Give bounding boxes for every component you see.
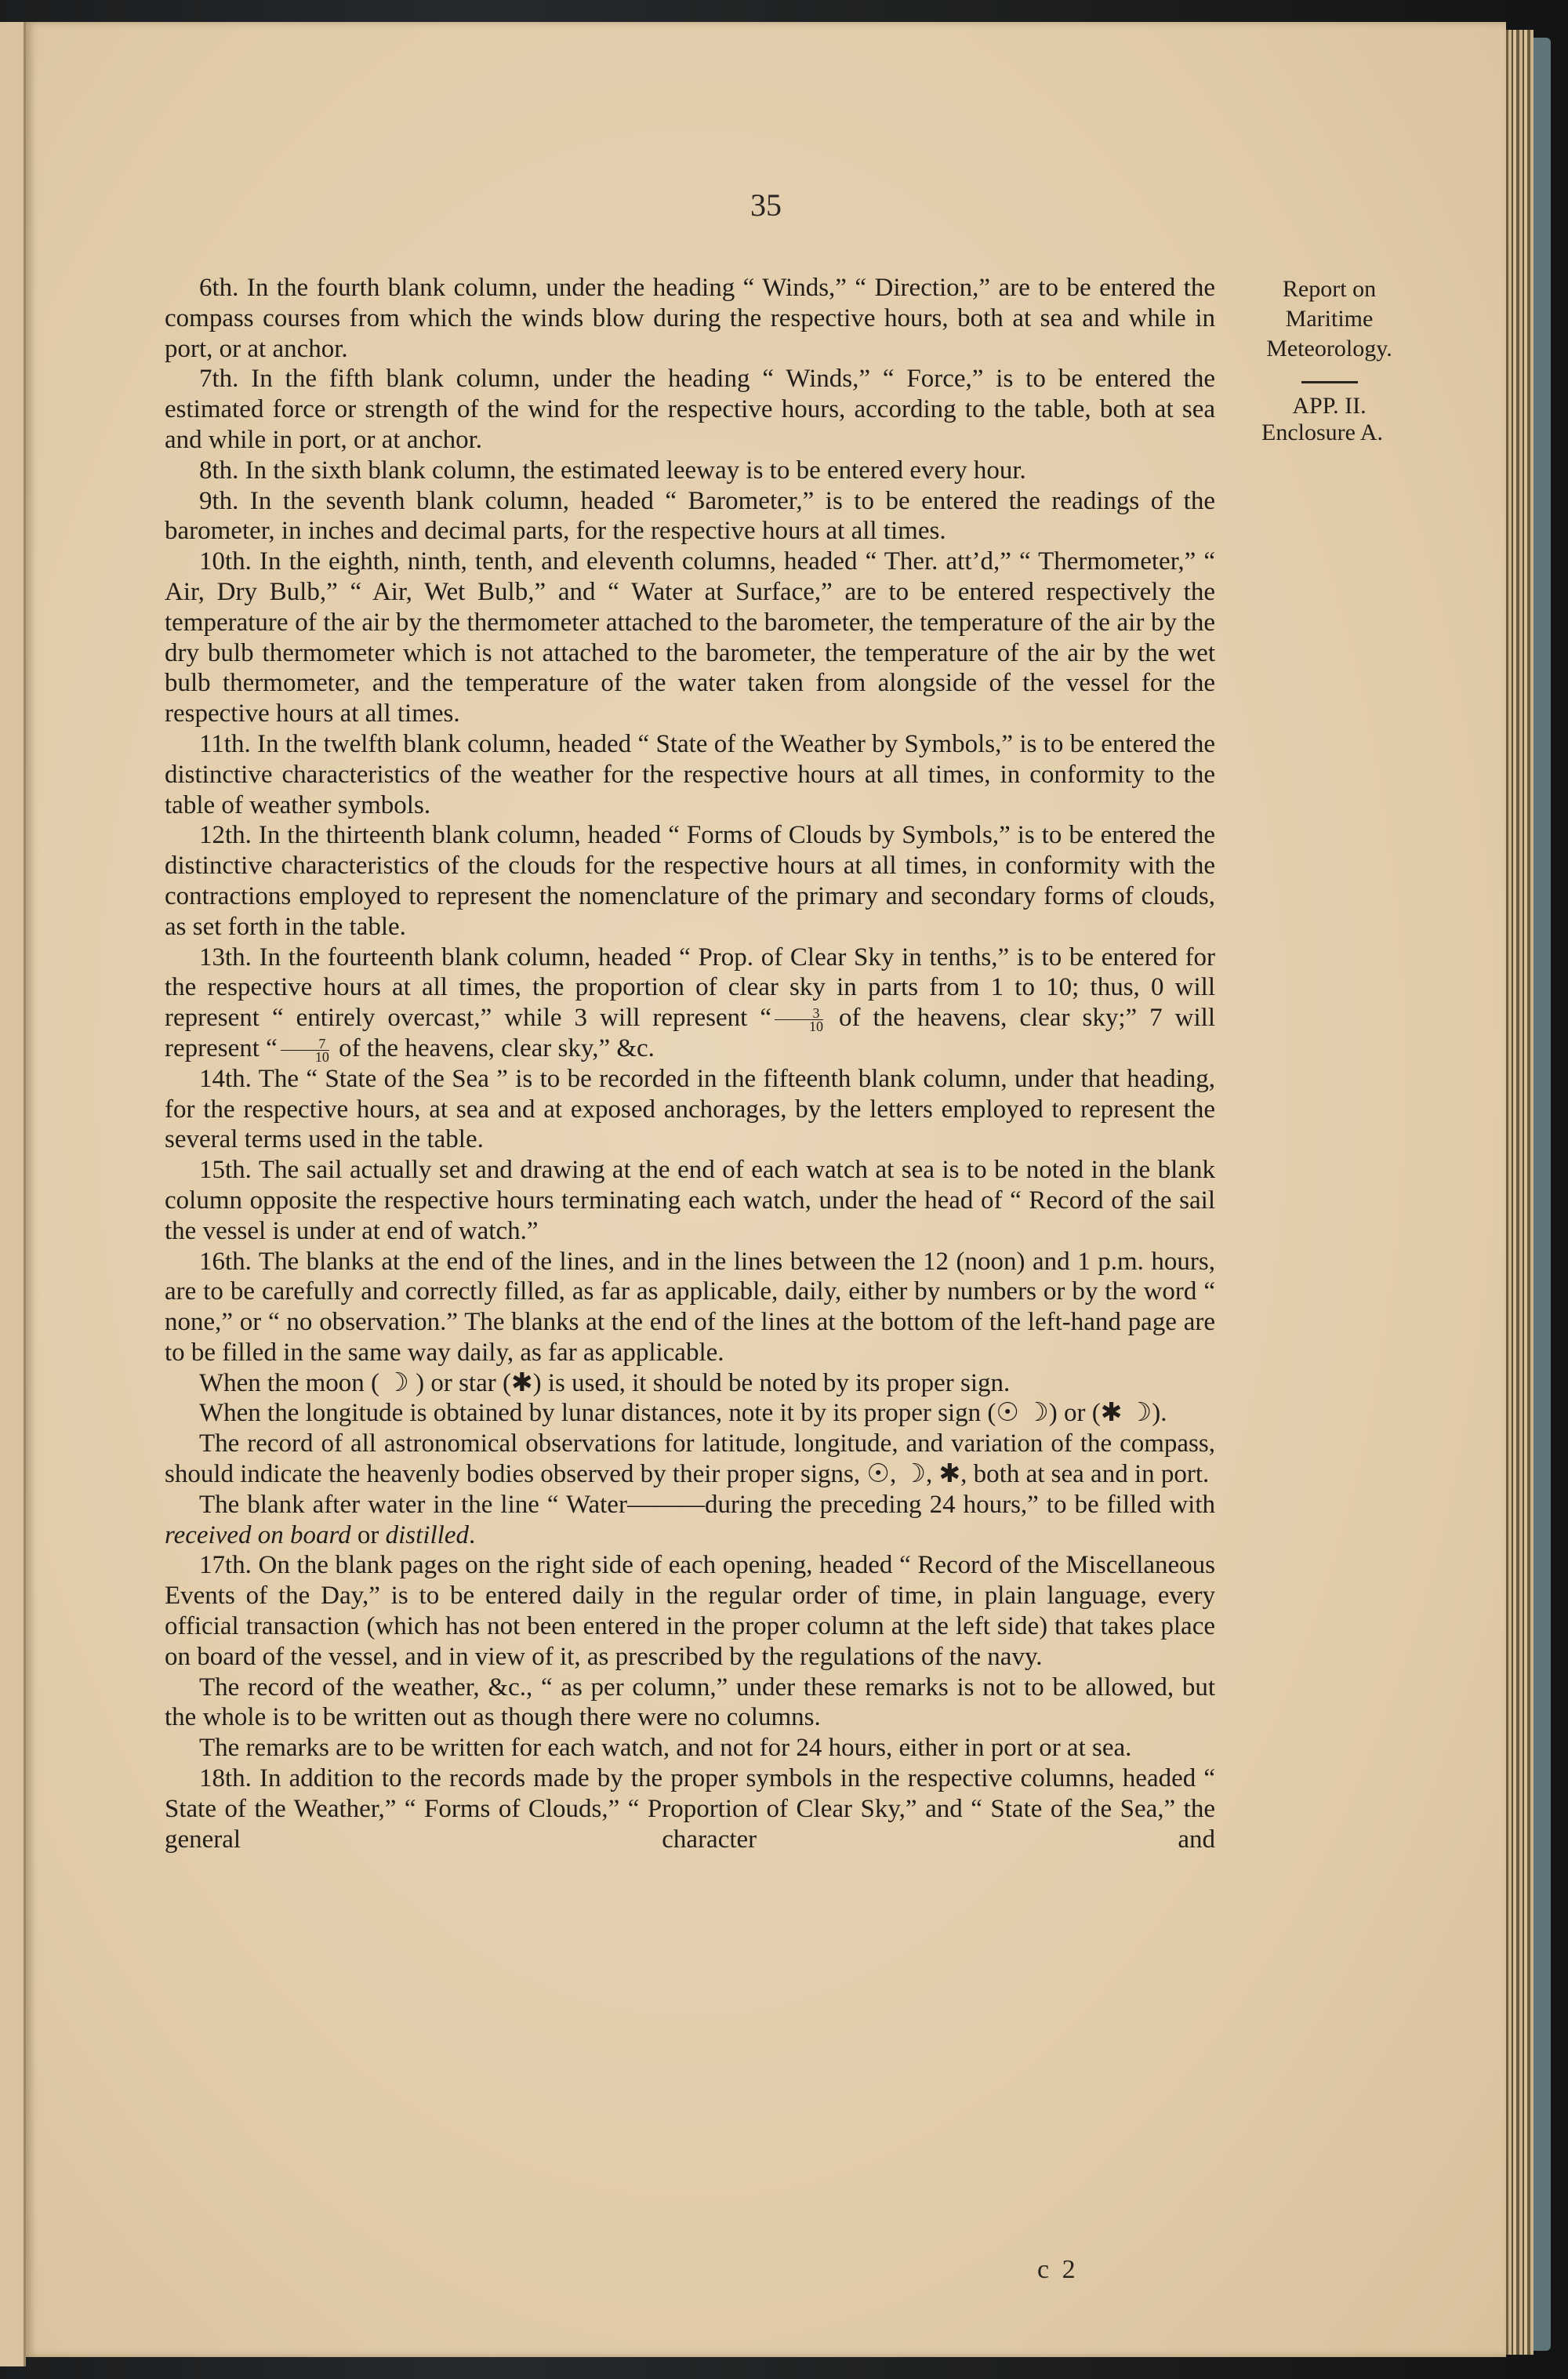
fraction-denominator: 10	[775, 1020, 823, 1033]
paragraph-astronomical-record: The record of all astronomical observati…	[165, 1429, 1215, 1490]
paragraph-15th: 15th. The sail actually set and drawing …	[165, 1155, 1215, 1246]
signature-mark: c 2	[1037, 2255, 1079, 2285]
paragraph-17th: 17th. On the blank pages on the right si…	[165, 1550, 1215, 1672]
paragraph-12th: 12th. In the thirteenth blank column, he…	[165, 820, 1215, 942]
water-italic-distilled: distilled	[386, 1521, 469, 1549]
fraction-seven-tenths: 710	[281, 1037, 329, 1063]
paragraph-7th: 7th. In the fifth blank column, under th…	[165, 364, 1215, 455]
fraction-three-tenths: 310	[775, 1007, 823, 1033]
paragraph-moon-star-sign: When the moon ( ☽ ) or star (✱) is used,…	[165, 1368, 1215, 1399]
paragraph-16th: 16th. The blanks at the end of the lines…	[165, 1247, 1215, 1368]
book-page: 35 6th. In the fourth blank column, unde…	[26, 22, 1506, 2357]
water-text-part1: The blank after water in the line “ Wate…	[199, 1491, 1215, 1519]
left-page-edge	[0, 22, 26, 2366]
paragraph-11th: 11th. In the twelfth blank column, heade…	[165, 729, 1215, 820]
paragraph-18th: 18th. In addition to the records made by…	[165, 1763, 1215, 1854]
margin-note-line: Report on	[1245, 274, 1414, 304]
paragraph-14th: 14th. The “ State of the Sea ” is to be …	[165, 1064, 1215, 1155]
paragraph-water-blank: The blank after water in the line “ Wate…	[165, 1490, 1215, 1551]
paragraph-8th: 8th. In the sixth blank column, the esti…	[165, 456, 1215, 486]
water-text-part3: .	[469, 1521, 475, 1549]
book-cover-edge	[1534, 38, 1551, 2351]
paragraph-13th-part3: of the heavens, clear sky,” &c.	[332, 1034, 655, 1062]
page-number: 35	[26, 187, 1506, 223]
paragraph-9th: 9th. In the seventh blank column, headed…	[165, 486, 1215, 547]
margin-note-line: Maritime	[1245, 304, 1414, 334]
margin-note-rule	[1301, 381, 1358, 383]
paragraph-10th: 10th. In the eighth, ninth, tenth, and e…	[165, 547, 1215, 729]
margin-note: Report on Maritime Meteorology. APP. II.…	[1245, 274, 1414, 445]
paragraph-lunar-distances: When the longitude is obtained by lunar …	[165, 1398, 1215, 1429]
margin-note-appendix: APP. II.	[1245, 391, 1414, 421]
page-stack-edge	[1505, 30, 1534, 2355]
water-italic-received: received on board	[165, 1521, 351, 1549]
margin-note-line: Meteorology.	[1245, 334, 1414, 364]
margin-note-enclosure: Enclosure A.	[1231, 421, 1414, 445]
paragraph-13th: 13th. In the fourteenth blank column, he…	[165, 943, 1215, 1064]
paragraph-weather-record: The record of the weather, &c., “ as per…	[165, 1673, 1215, 1734]
paragraph-remarks-watch: The remarks are to be written for each w…	[165, 1733, 1215, 1763]
body-text: 6th. In the fourth blank column, under t…	[165, 273, 1215, 1854]
paragraph-6th: 6th. In the fourth blank column, under t…	[165, 273, 1215, 364]
fraction-denominator: 10	[281, 1051, 329, 1063]
water-text-part2: or	[351, 1521, 386, 1549]
